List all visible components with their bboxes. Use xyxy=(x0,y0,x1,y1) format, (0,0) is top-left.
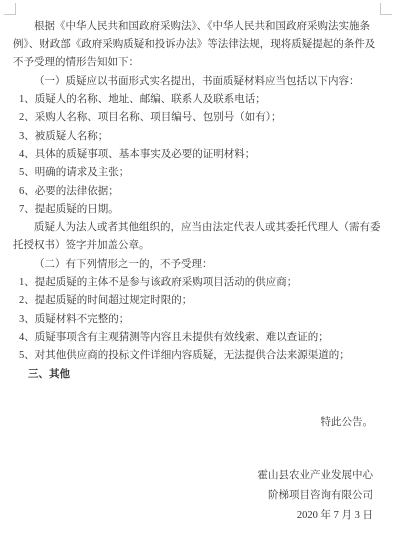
text-line: 三、其他 xyxy=(13,366,400,384)
text-line: （一）质疑应以书面形式实名提出，书面质疑材料应当包括以下内容： xyxy=(13,73,400,91)
text-line: 2、提起质疑的时间超过规定时限的； xyxy=(13,292,400,310)
text-line: 1、提起质疑的主体不是参与该政府采购项目活动的供应商； xyxy=(13,274,400,292)
text-line: 4、具体的质疑事项、基本事实及必要的证明材料； xyxy=(13,146,400,164)
text-line: 7、提起质疑的日期。 xyxy=(13,201,400,219)
issuer-name: 霍山县农业产业发展中心 xyxy=(13,466,373,486)
text-line: 2、采购人名称、项目名称、项目编号、包别号（如有）； xyxy=(13,109,400,127)
document-lines: 根据《中华人民共和国政府采购法》、《中华人民共和国政府采购法实施条例》、财政部《… xyxy=(13,18,400,384)
text-line: 1、质疑人的名称、地址、邮编、联系人及联系电话； xyxy=(13,91,400,109)
text-line: 3、质疑材料不完整的； xyxy=(13,311,400,329)
agency-name: 阶梯项目咨询有限公司 xyxy=(13,486,373,506)
text-line: 例》、财政部《政府采购质疑和投诉办法》等法律法规，现将质疑提起的条件及 xyxy=(13,36,400,54)
text-line: 根据《中华人民共和国政府采购法》、《中华人民共和国政府采购法实施条 xyxy=(13,18,400,36)
signature-block: 霍山县农业产业发展中心 阶梯项目咨询有限公司 2020 年 7 月 3 日 xyxy=(13,466,400,526)
text-line: 质疑人为法人或者其他组织的，应当由法定代表人或其委托代理人（需有委 xyxy=(13,219,400,237)
document-body: 根据《中华人民共和国政府采购法》、《中华人民共和国政府采购法实施条例》、财政部《… xyxy=(0,0,400,526)
document-page: 根据《中华人民共和国政府采购法》、《中华人民共和国政府采购法实施条例》、财政部《… xyxy=(0,0,400,544)
closing-phrase: 特此公告。 xyxy=(13,414,400,432)
text-line: 4、质疑事项含有主观猜测等内容且未提供有效线索、难以查证的； xyxy=(13,329,400,347)
text-line: 3、被质疑人名称； xyxy=(13,128,400,146)
text-line: 5、对其他供应商的投标文件详细内容质疑，无法提供合法来源渠道的； xyxy=(13,347,400,365)
text-line: 不予受理的情形告知如下： xyxy=(13,54,400,72)
text-line: 6、必要的法律依据； xyxy=(13,183,400,201)
text-line: 5、明确的请求及主张； xyxy=(13,164,400,182)
issue-date: 2020 年 7 月 3 日 xyxy=(13,506,373,526)
text-line: 托授权书）签字并加盖公章。 xyxy=(13,237,400,255)
text-line: （二）有下列情形之一的，不予受理： xyxy=(13,256,400,274)
